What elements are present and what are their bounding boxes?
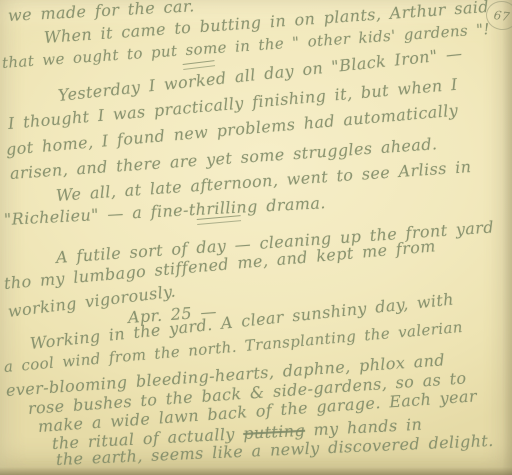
handwritten-line: "Richelieu" — a fine-thrilling drama. [4, 193, 327, 229]
section-divider [183, 60, 215, 70]
diary-page: 67 we made for the car. When it came to … [0, 0, 512, 475]
page-number: 67 [493, 7, 511, 23]
